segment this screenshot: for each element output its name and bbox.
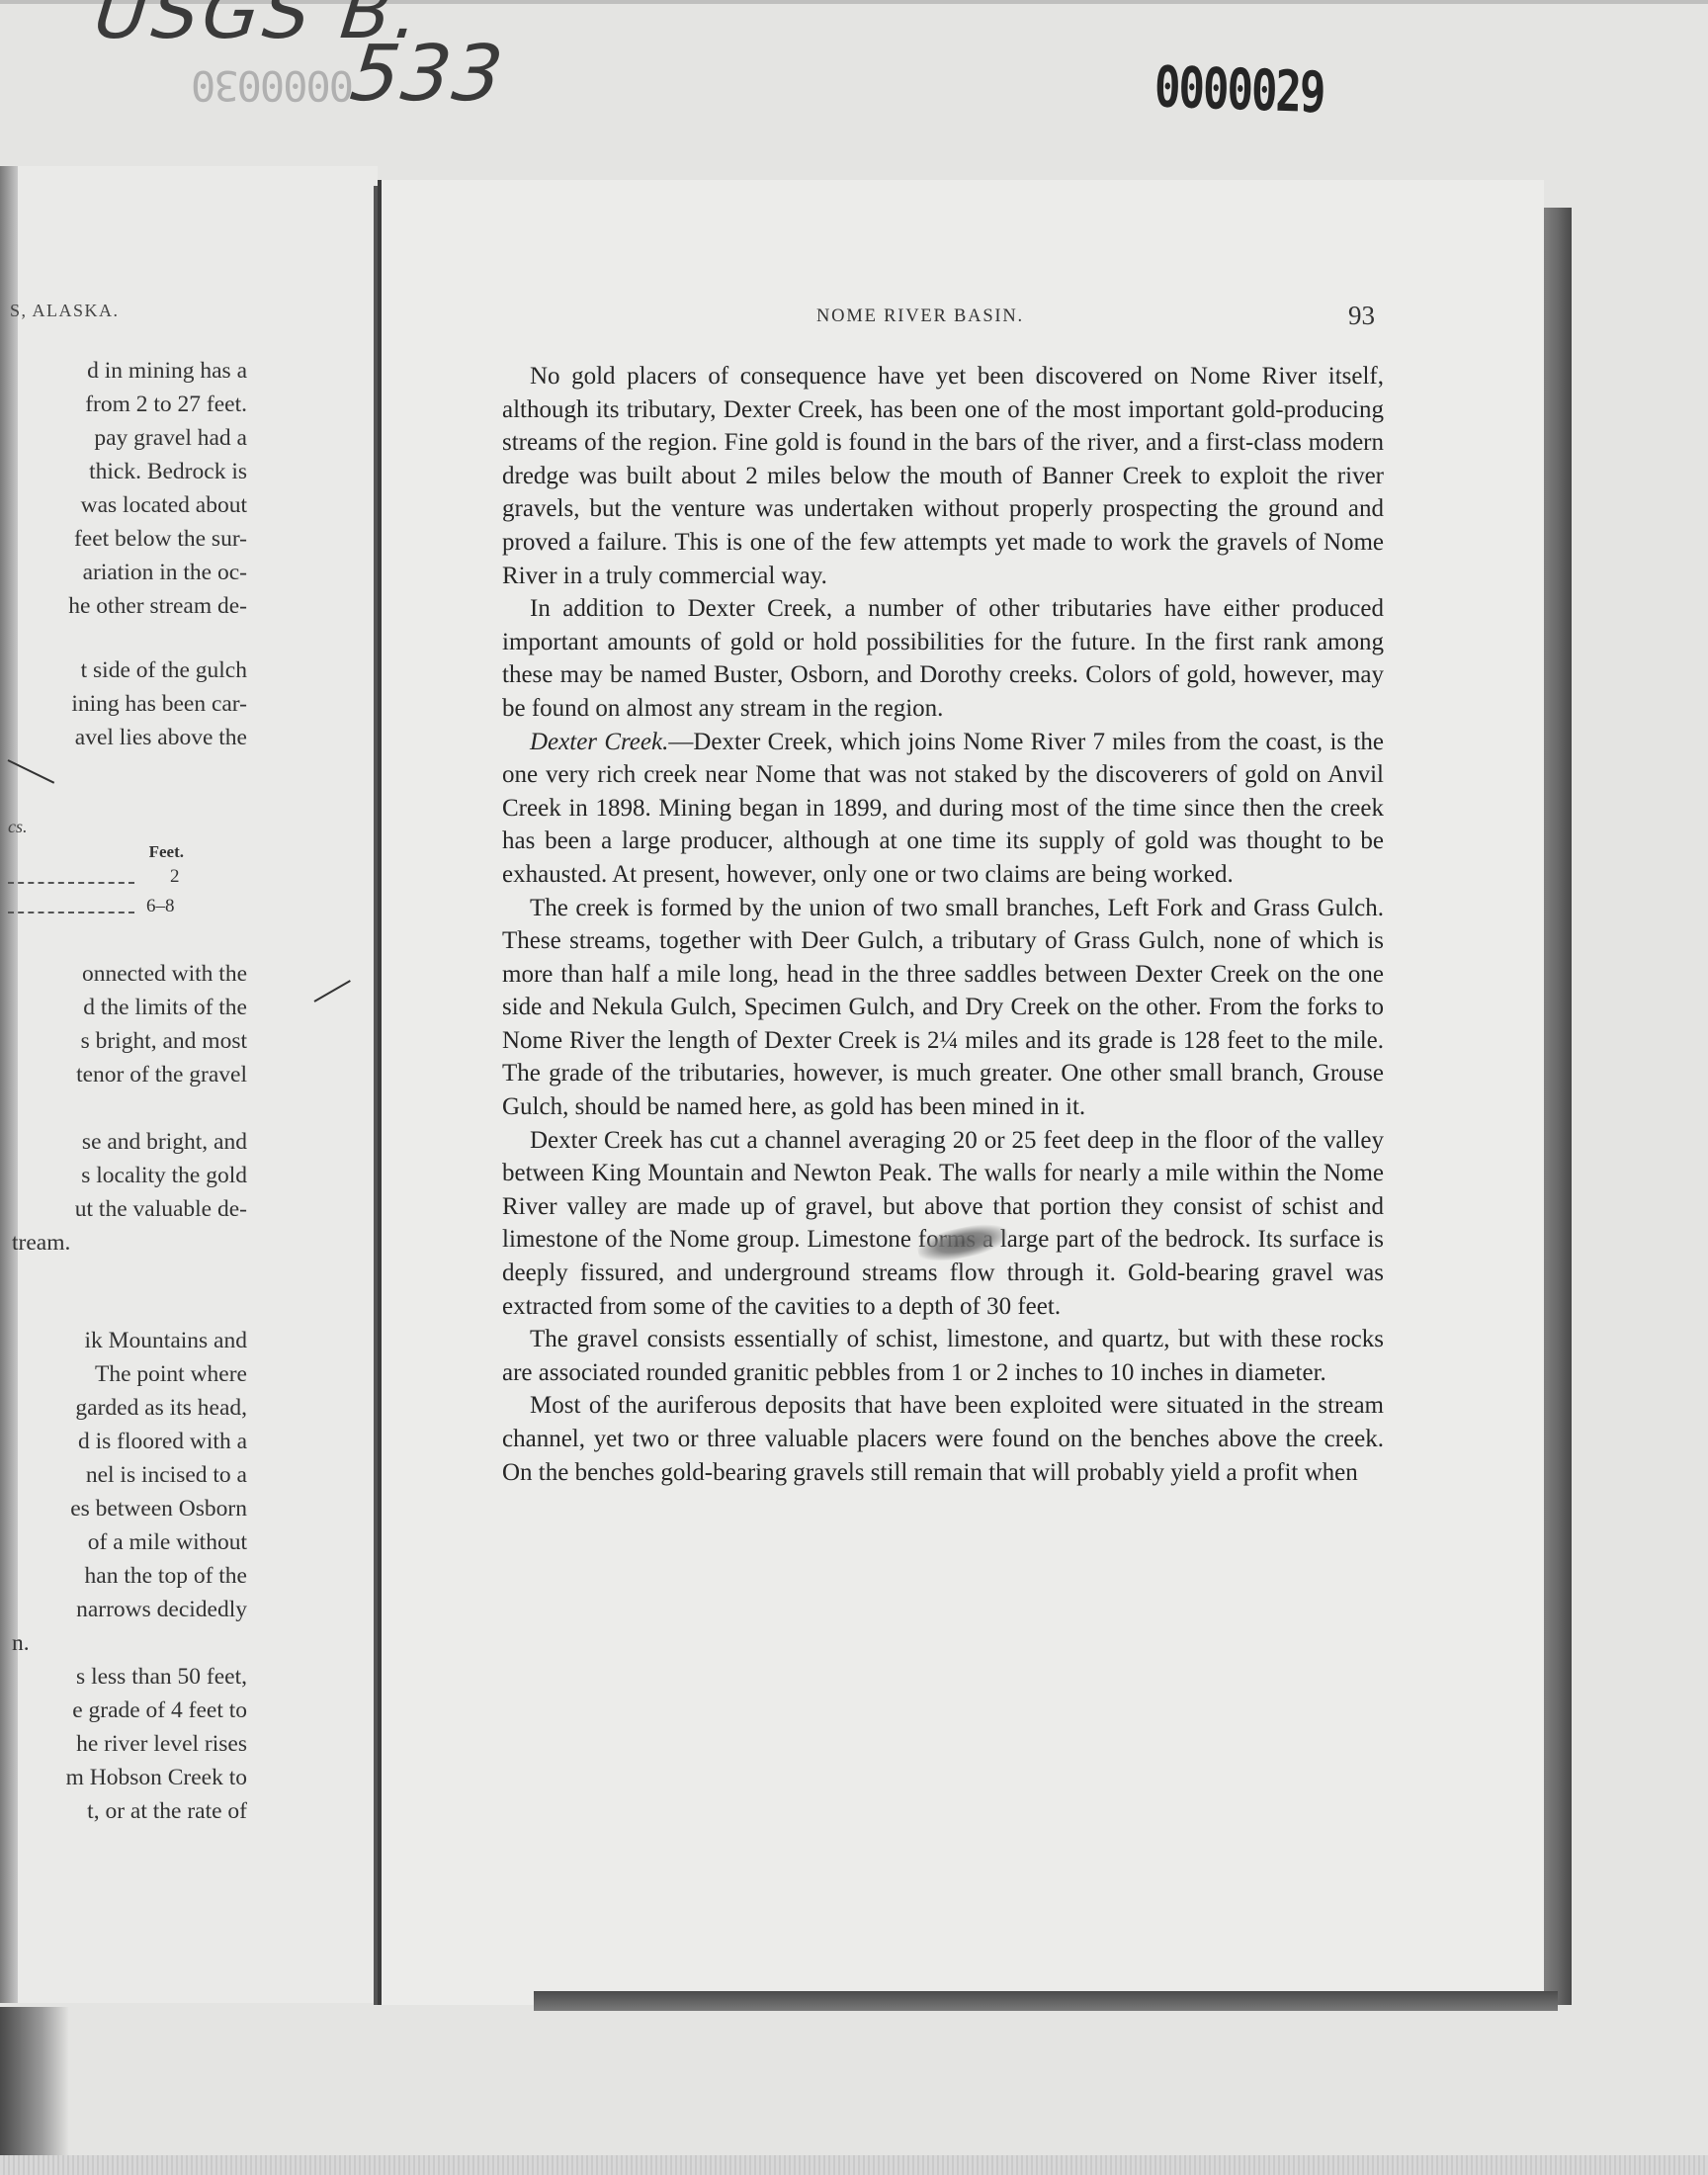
text-line: m Hobson Creek to [8, 1761, 247, 1794]
text-line: avel lies above the [8, 721, 247, 754]
text-line: s locality the gold [8, 1159, 247, 1192]
text-line: pay gravel had a [8, 421, 247, 455]
text-line: tream. [8, 1226, 247, 1260]
paragraph: Most of the auriferous deposits that hav… [502, 1389, 1384, 1489]
text-line: se and bright, and [8, 1125, 247, 1159]
table-cell-value: 2 [146, 866, 180, 888]
table-header-feet: Feet. [8, 842, 245, 862]
table-row: 2 [8, 862, 245, 892]
left-table-caption: cs. [8, 817, 28, 837]
text-line: d in mining has a [8, 354, 247, 388]
section-lead-in: Dexter Creek. [530, 729, 668, 755]
binding-bottom-shadow [0, 2007, 69, 2155]
text-line: d is floored with a [8, 1425, 247, 1458]
running-head: NOME RIVER BASIN. [816, 306, 1024, 327]
table-cell-value: 6–8 [146, 896, 175, 917]
faint-bleedthrough-stamp: 0000030 [193, 61, 354, 110]
text-line: tenor of the gravel [8, 1058, 247, 1091]
table-row: 6–8 [8, 892, 245, 921]
left-text-block-3: onnected with the d the limits of the s … [8, 957, 247, 1091]
text-line: d the limits of the [8, 991, 247, 1024]
text-line: he river level rises [8, 1727, 247, 1761]
text-line: of a mile without [8, 1525, 247, 1559]
page-number: 93 [1348, 301, 1375, 331]
left-text-block-4: se and bright, and s locality the gold u… [8, 1125, 247, 1260]
leader-dots [8, 870, 134, 884]
paragraph: No gold placers of consequence have yet … [502, 360, 1384, 592]
paragraph: Dexter Creek has cut a channel averaging… [502, 1124, 1384, 1324]
text-line: he other stream de- [8, 589, 247, 623]
paragraph: In addition to Dexter Creek, a number of… [502, 592, 1384, 725]
text-line: from 2 to 27 feet. [8, 388, 247, 421]
text-line: nel is incised to a [8, 1458, 247, 1492]
text-line: The point where [8, 1357, 247, 1391]
text-line: ining has been car- [8, 687, 247, 721]
text-line: ut the valuable de- [8, 1192, 247, 1226]
text-line: s bright, and most [8, 1024, 247, 1058]
text-line: feet below the sur- [8, 522, 247, 556]
left-text-block-1: d in mining has a from 2 to 27 feet. pay… [8, 354, 247, 623]
text-line: t, or at the rate of [8, 1794, 247, 1828]
paragraph: Dexter Creek.—Dexter Creek, which joins … [502, 726, 1384, 892]
left-text-block-5: ik Mountains and The point where garded … [8, 1324, 247, 1828]
text-line: han the top of the [8, 1559, 247, 1593]
left-thickness-table: Feet. 2 6–8 [8, 842, 245, 921]
text-line: onnected with the [8, 957, 247, 991]
text-line: thick. Bedrock is [8, 455, 247, 488]
text-line: garded as its head, [8, 1391, 247, 1425]
scanner-bottom-band [0, 2155, 1708, 2175]
left-text-block-2: t side of the gulch ining has been car- … [8, 653, 247, 754]
text-line: e grade of 4 feet to [8, 1694, 247, 1727]
text-line: narrows decidedly [8, 1593, 247, 1626]
text-line: es between Osborn [8, 1492, 247, 1525]
body-text: No gold placers of consequence have yet … [502, 360, 1384, 1489]
text-line: n. [8, 1626, 247, 1660]
text-line: s less than 50 feet, [8, 1660, 247, 1694]
leader-dots [8, 900, 134, 913]
text-line: ariation in the oc- [8, 556, 247, 589]
left-running-head: S, ALASKA. [10, 301, 120, 321]
page-stack-bottom-edge [534, 1991, 1558, 2011]
paragraph: The creek is formed by the union of two … [502, 892, 1384, 1124]
text-line: t side of the gulch [8, 653, 247, 687]
text-line: was located about [8, 488, 247, 522]
text-line: ik Mountains and [8, 1324, 247, 1357]
handwritten-volume-number: 533 [346, 30, 508, 119]
paragraph: The gravel consists essentially of schis… [502, 1323, 1384, 1389]
page-sequence-stamp: 0000029 [1153, 54, 1324, 126]
